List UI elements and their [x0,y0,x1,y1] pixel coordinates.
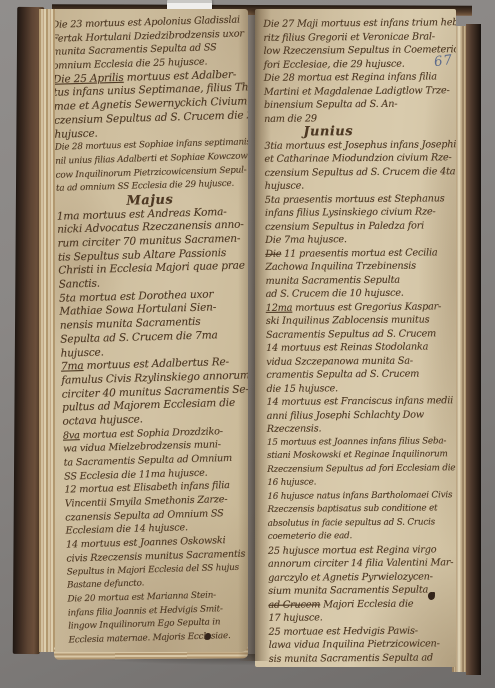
manuscript-line: lawa vidua Inquilina Pietrzicowicen- [269,637,456,652]
manuscript-line: stiani Moskowski et Reginae Inquilinorum [267,448,455,463]
manuscript-line: 14 mortuus est Reinas Stodolanka [266,340,454,355]
manuscript-line: Die 28 mortua est Regina infans filia [264,70,452,85]
manuscript-line: 14 mortuus est Franciscus infans medii [266,394,454,409]
manuscript-line: et Catharinae Miodundzion civium Rze- [264,151,452,166]
manuscript-line: Rzeczensium Sepultus ad fori Ecclesiam d… [267,462,455,477]
right-page: 67 Die 27 Maji mortuus est infans trium … [255,9,456,667]
left-page-text: Die 23 mortuus est Apolonius GladisslaiF… [55,14,248,651]
manuscript-line: absolutus in facie sepultus ad S. Crucis [268,516,456,531]
right-page-text: Die 27 Maji mortuus est infans trium heb… [263,16,456,666]
manuscript-line: sis munita Sacramentis Sepulta ad [269,651,456,666]
manuscript-line: Die 11 praesentis mortua est Cecilia [265,246,453,261]
manuscript-line: Rzeczensis baptisatus sub conditione et [267,502,455,517]
manuscript-line: czensium Sepultus ad S. Crucem die 4ta [264,165,452,180]
page-number: 67 [433,52,454,71]
manuscript-line: Die 27 Maji mortuus est infans trium heb… [263,16,451,31]
manuscript-photo: Die 23 mortuus est Apolonius GladisslaiF… [0,0,495,688]
manuscript-line: infans filius Lysinskiego civium Rze- [265,205,453,220]
manuscript-line: low Rzeczensium Sepultus in Coemeterio [263,43,451,58]
manuscript-line: Martini et Magdalenae Ladigtlow Trze- [264,84,452,99]
manuscript-line: ski Inquilinus Zablocensis munitus [266,313,454,328]
right-cover-edge [466,24,481,675]
left-page: Die 23 mortuus est Apolonius GladisslaiF… [55,9,248,652]
manuscript-line: annorum circiter 14 filia Valentini Mar- [268,556,456,571]
